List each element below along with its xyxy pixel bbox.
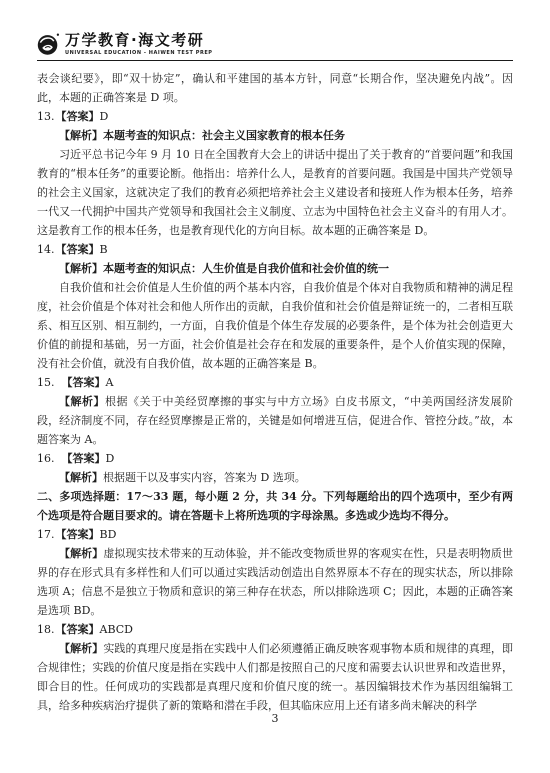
explanation-paragraph: 自我价值和社会价值是人生价值的两个基本内容，自我价值是个体对自我物质和精神的满足… [37,278,513,373]
knowledge-line: 【解析】本题考查的知识点：人生价值是自我价值和社会价值的统一 [37,259,513,278]
page-header: 万学教育·海文考研 UNIVERSAL EDUCATION - HAIWEN T… [37,32,513,61]
answer-line: 18.【答案】ABCD [37,620,513,639]
jiexi-label: 【解析】 [59,547,103,560]
answer-line: 14.【答案】B [37,240,513,259]
question-number: 15. [37,376,55,389]
document-page: 万学教育·海文考研 UNIVERSAL EDUCATION - HAIWEN T… [0,0,550,773]
question-17: 17.【答案】BD 【解析】虚拟现实技术带来的互动体验，并不能改变物质世界的客观… [37,525,513,620]
explanation-text: 根据《关于中美经贸摩擦的事实与中方立场》白皮书原文，“中美两国经济发展阶段，经济… [37,395,513,446]
explanation-paragraph: 【解析】实践的真理尺度是指在实践中人们必须遵循正确反映客观事物本质和规律的真理，… [37,639,513,715]
answer-label: 【答案】 [62,376,106,389]
explanation-paragraph: 【解析】根据题干以及事实内容，答案为 D 选项。 [37,468,513,487]
answer-value: D [100,110,109,123]
answer-value: ABCD [100,623,133,636]
brand-name: 万学教育·海文考研 [65,32,213,49]
answer-value: BD [100,528,117,541]
document-content: 表会谈纪要》，即“双十协定”，确认和平建国的基本方针，同意“长期合作，坚决避免内… [37,69,513,715]
jiexi-label: 【解析】 [59,262,103,275]
jiexi-label: 【解析】 [59,471,103,484]
jiexi-label: 【解析】 [59,395,105,408]
question-number: 16. [37,452,55,465]
answer-label: 【答案】 [56,623,100,636]
explanation-text: 实践的真理尺度是指在实践中人们必须遵循正确反映客观事物本质和规律的真理，即合规律… [37,642,513,712]
explanation-paragraph: 【解析】根据《关于中美经贸摩擦的事实与中方立场》白皮书原文，“中美两国经济发展阶… [37,392,513,449]
section-heading: 二、多项选择题：17～33 题，每小题 2 分，共 34 分。下列每题给出的四个… [37,487,513,525]
jiexi-label: 【解析】 [59,642,103,655]
question-15: 15.【答案】A 【解析】根据《关于中美经贸摩擦的事实与中方立场》白皮书原文，“… [37,373,513,449]
knowledge-text: 本题考查的知识点：社会主义国家教育的根本任务 [103,129,345,142]
explanation-text: 虚拟现实技术带来的互动体验，并不能改变物质世界的客观实在性，只是表明物质世界的存… [37,547,513,617]
question-18: 18.【答案】ABCD 【解析】实践的真理尺度是指在实践中人们必须遵循正确反映客… [37,620,513,715]
answer-value: A [106,376,114,389]
question-number: 14. [37,243,55,256]
explanation-paragraph: 习近平总书记今年 9 月 10 日在全国教育大会上的讲话中提出了关于教育的“首要… [37,145,513,240]
brand-block: 万学教育·海文考研 UNIVERSAL EDUCATION - HAIWEN T… [65,32,213,56]
knowledge-text: 本题考查的知识点：人生价值是自我价值和社会价值的统一 [103,262,389,275]
answer-value: B [100,243,108,256]
answer-line: 16.【答案】D [37,449,513,468]
answer-label: 【答案】 [62,452,106,465]
brand-subtitle: UNIVERSAL EDUCATION - HAIWEN TEST PREP [65,50,213,56]
brand-row: 万学教育·海文考研 UNIVERSAL EDUCATION - HAIWEN T… [37,32,513,56]
answer-label: 【答案】 [56,243,100,256]
question-13: 13.【答案】D 【解析】本题考查的知识点：社会主义国家教育的根本任务 习近平总… [37,107,513,240]
page-number: 3 [0,712,550,726]
answer-value: D [106,452,115,465]
answer-label: 【答案】 [56,110,100,123]
answer-label: 【答案】 [56,528,100,541]
jiexi-label: 【解析】 [59,129,103,142]
question-number: 13. [37,110,55,123]
answer-line: 17.【答案】BD [37,525,513,544]
question-16: 16.【答案】D 【解析】根据题干以及事实内容，答案为 D 选项。 [37,449,513,487]
header-divider [37,60,513,61]
answer-line: 15.【答案】A [37,373,513,392]
knowledge-line: 【解析】本题考查的知识点：社会主义国家教育的根本任务 [37,126,513,145]
question-14: 14.【答案】B 【解析】本题考查的知识点：人生价值是自我价值和社会价值的统一 … [37,240,513,373]
continued-paragraph: 表会谈纪要》，即“双十协定”，确认和平建国的基本方针，同意“长期合作，坚决避免内… [37,69,513,107]
answer-line: 13.【答案】D [37,107,513,126]
question-number: 17. [37,528,55,541]
explanation-text: 根据题干以及事实内容，答案为 D 选项。 [103,471,306,484]
question-number: 18. [37,623,55,636]
explanation-paragraph: 【解析】虚拟现实技术带来的互动体验，并不能改变物质世界的客观实在性，只是表明物质… [37,544,513,620]
haiwen-logo-icon [37,32,60,56]
